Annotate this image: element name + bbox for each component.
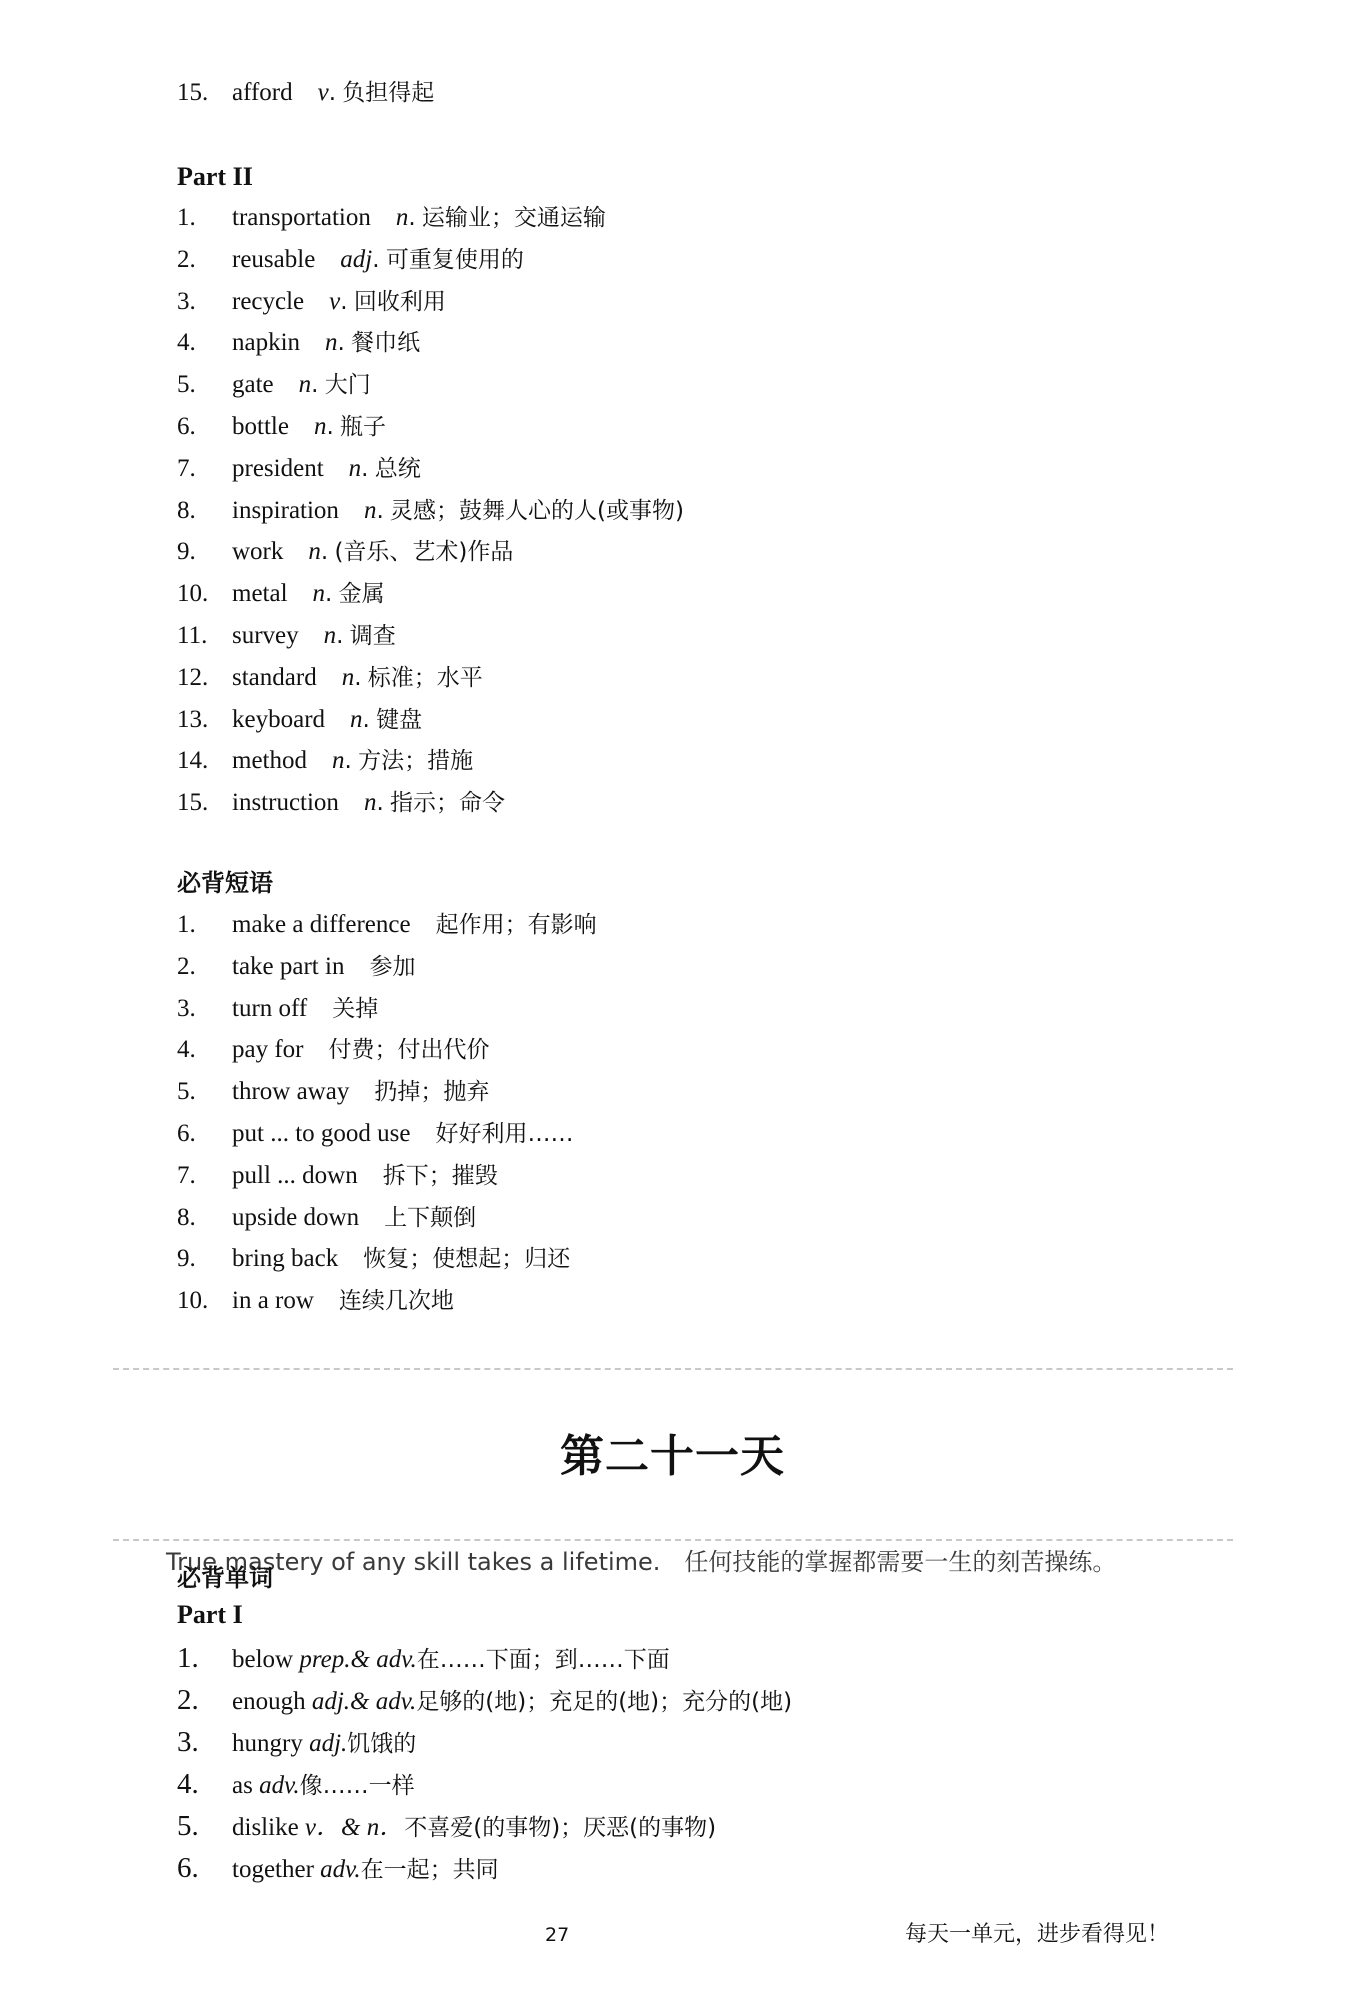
item-meaning: 大门 [325,372,371,398]
item-pos: v．& n． [305,1814,404,1841]
vocab-item: 13.keyboard n. 键盘 [177,703,422,737]
item-meaning: 方法；措施 [358,748,473,774]
item-number: 2. [177,1683,232,1717]
item-pos: n [350,706,363,733]
item-phrase: upside down [232,1204,359,1231]
item-meaning: 总统 [375,456,421,482]
item-number: 9. [177,1242,232,1276]
item-number: 12. [177,661,232,695]
item-meaning: 像……一样 [300,1773,415,1799]
item-number: 13. [177,703,232,737]
phrase-item: 3.turn off 关掉 [177,992,378,1026]
vocab-item: 2.enough adj.& adv.足够的(地)；充足的(地)；充分的(地) [177,1683,792,1717]
item-sep: . [408,205,415,231]
item-pos: n [308,538,321,565]
item-number: 10. [177,1284,232,1318]
item-sep: . [340,289,347,315]
divider-top [113,1368,1233,1370]
item-word: president [232,455,324,482]
item-number: 2. [177,950,232,984]
item-sep: . [325,581,332,607]
vocab-item: 6.bottle n. 瓶子 [177,410,386,444]
item-sep: . [336,623,343,649]
vocab-item: 9.work n. (音乐、艺术)作品 [177,535,513,569]
item-sep: . [361,456,368,482]
item-number: 15. [177,76,232,110]
item-number: 5. [177,368,232,402]
item-meaning: 连续几次地 [339,1288,454,1314]
vocab-item: 5.gate n. 大门 [177,368,371,402]
item-pos: n [342,664,355,691]
item-meaning: 起作用；有影响 [436,912,597,938]
item-pos: n [364,497,377,524]
item-meaning: 好好利用…… [435,1121,573,1147]
phrase-item: 6.put ... to good use 好好利用…… [177,1117,573,1151]
item-word: gate [232,371,274,398]
vocab-item: 12.standard n. 标准；水平 [177,661,483,695]
phrase-item: 2.take part in 参加 [177,950,415,984]
item-number: 4. [177,1767,232,1801]
vocab-item: 15.afford v. 负担得起 [177,76,434,110]
phrase-item: 9.bring back 恢复；使想起；归还 [177,1242,570,1276]
day-title: 第二十一天 [0,1432,1345,1482]
divider-bottom [113,1539,1233,1541]
vocab-item: 7.president n. 总统 [177,452,421,486]
part-i-heading: Part I [177,1598,243,1632]
item-number: 4. [177,1033,232,1067]
item-word: below [232,1646,293,1673]
item-word: keyboard [232,706,325,733]
item-word: reusable [232,246,315,273]
item-pos: n [299,371,312,398]
item-sep: . [321,539,328,565]
item-word: together [232,1856,314,1883]
item-meaning: 标准；水平 [368,665,483,691]
item-number: 1. [177,908,232,942]
item-sep: . [376,790,383,816]
item-word: bottle [232,413,289,440]
item-word: method [232,747,307,774]
item-meaning: 运输业；交通运输 [422,205,606,231]
vocab-item: 1.transportation n. 运输业；交通运输 [177,201,606,235]
item-meaning: 在……下面；到……下面 [417,1647,670,1673]
item-meaning: 恢复；使想起；归还 [363,1246,570,1272]
item-number: 11. [177,619,232,653]
item-number: 15. [177,786,232,820]
phrase-item: 7.pull ... down 拆下；摧毁 [177,1159,498,1193]
item-meaning: 不喜爱(的事物)；厌恶(的事物) [404,1815,716,1841]
item-phrase: pay for [232,1036,304,1063]
item-pos: n [364,789,377,816]
item-pos: n [349,455,362,482]
item-number: 8. [177,494,232,528]
item-pos: adj.& adv. [312,1688,416,1715]
phrase-item: 10.in a row 连续几次地 [177,1284,454,1318]
item-word: survey [232,622,299,649]
item-pos: v [318,79,329,106]
item-meaning: 灵感；鼓舞人心的人(或事物) [390,498,684,524]
item-meaning: 在一起；共同 [361,1857,499,1883]
item-pos: adj [340,246,372,273]
item-number: 14. [177,744,232,778]
item-phrase: throw away [232,1078,349,1105]
item-meaning: 可重复使用的 [386,247,524,273]
item-word: napkin [232,329,300,356]
item-pos: v [329,288,340,315]
vocab-item: 5.dislike v．& n．不喜爱(的事物)；厌恶(的事物) [177,1809,716,1843]
vocab-item: 3.hungry adj.饥饿的 [177,1725,416,1759]
item-number: 7. [177,452,232,486]
item-meaning: 上下颠倒 [384,1205,476,1231]
item-word: inspiration [232,497,339,524]
item-number: 6. [177,410,232,444]
vocab-item: 3.recycle v. 回收利用 [177,285,446,319]
item-word: afford [232,79,293,106]
item-meaning: 餐巾纸 [351,330,420,356]
item-word: enough [232,1688,306,1715]
phrase-item: 8.upside down 上下颠倒 [177,1201,476,1235]
words-heading: 必背单词 [177,1561,273,1595]
item-sep: . [363,707,370,733]
item-sep: . [329,80,336,106]
item-word: work [232,538,283,565]
part-ii-heading: Part II [177,160,253,194]
item-word: transportation [232,204,371,231]
item-meaning: (音乐、艺术)作品 [334,539,513,565]
item-meaning: 拆下；摧毁 [383,1163,498,1189]
item-sep: . [372,247,379,273]
daily-quote: True mastery of any skill takes a lifeti… [166,1546,1116,1578]
item-number: 5. [177,1809,232,1843]
item-number: 3. [177,992,232,1026]
item-pos: adv. [320,1856,361,1883]
item-word: standard [232,664,317,691]
item-number: 6. [177,1851,232,1885]
item-number: 2. [177,243,232,277]
item-word: recycle [232,288,304,315]
item-pos: adj. [309,1730,347,1757]
item-word: as [232,1772,253,1799]
item-word: hungry [232,1730,303,1757]
item-number: 1. [177,1641,232,1675]
item-pos: n [324,622,337,649]
phrases-heading: 必背短语 [177,866,273,900]
item-meaning: 参加 [369,954,415,980]
item-meaning: 回收利用 [354,289,446,315]
item-sep: . [345,748,352,774]
item-phrase: bring back [232,1245,338,1272]
item-number: 3. [177,1725,232,1759]
item-number: 9. [177,535,232,569]
vocab-item: 1.below prep.& adv.在……下面；到……下面 [177,1641,670,1675]
item-meaning: 键盘 [376,707,422,733]
vocab-item: 10.metal n. 金属 [177,577,385,611]
vocab-item: 2.reusable adj. 可重复使用的 [177,243,524,277]
item-sep: . [354,665,361,691]
item-number: 1. [177,201,232,235]
item-pos: n [313,580,326,607]
vocab-item: 11.survey n. 调查 [177,619,396,653]
item-pos: n [325,329,338,356]
item-meaning: 金属 [339,581,385,607]
vocab-item: 4.napkin n. 餐巾纸 [177,326,420,360]
vocab-item: 14.method n. 方法；措施 [177,744,473,778]
item-sep: . [311,372,318,398]
item-phrase: put ... to good use [232,1120,410,1147]
item-meaning: 足够的(地)；充足的(地)；充分的(地) [416,1689,792,1715]
item-pos: n [314,413,327,440]
item-pos: n [396,204,409,231]
page-number: 27 [545,1922,569,1948]
item-meaning: 关掉 [332,996,378,1022]
item-sep: . [376,498,383,524]
item-meaning: 负担得起 [342,80,434,106]
phrase-item: 1.make a difference 起作用；有影响 [177,908,597,942]
phrase-item: 5.throw away 扔掉；抛弃 [177,1075,489,1109]
item-phrase: pull ... down [232,1162,358,1189]
item-number: 10. [177,577,232,611]
item-meaning: 扔掉；抛弃 [374,1079,489,1105]
item-number: 4. [177,326,232,360]
item-meaning: 付费；付出代价 [329,1037,490,1063]
vocab-item: 4.as adv.像……一样 [177,1767,415,1801]
item-phrase: make a difference [232,911,411,938]
item-word: instruction [232,789,339,816]
item-pos: n [332,747,345,774]
item-number: 8. [177,1201,232,1235]
item-phrase: in a row [232,1287,314,1314]
phrase-item: 4.pay for 付费；付出代价 [177,1033,490,1067]
item-phrase: turn off [232,995,307,1022]
item-sep: . [326,414,333,440]
item-number: 7. [177,1159,232,1193]
item-meaning: 瓶子 [340,414,386,440]
item-phrase: take part in [232,953,344,980]
vocab-item: 8.inspiration n. 灵感；鼓舞人心的人(或事物) [177,494,684,528]
item-sep: . [338,330,345,356]
item-word: metal [232,580,288,607]
item-meaning: 指示；命令 [390,790,505,816]
vocab-item: 6.together adv.在一起；共同 [177,1851,499,1885]
item-number: 3. [177,285,232,319]
item-meaning: 饥饿的 [347,1731,416,1757]
item-word: dislike [232,1814,299,1841]
item-pos: prep.& adv. [299,1646,416,1673]
item-pos: adv. [259,1772,300,1799]
item-number: 5. [177,1075,232,1109]
footer-slogan: 每天一单元，进步看得见！ [905,1920,1169,1950]
vocab-item: 15.instruction n. 指示；命令 [177,786,505,820]
item-number: 6. [177,1117,232,1151]
item-meaning: 调查 [350,623,396,649]
